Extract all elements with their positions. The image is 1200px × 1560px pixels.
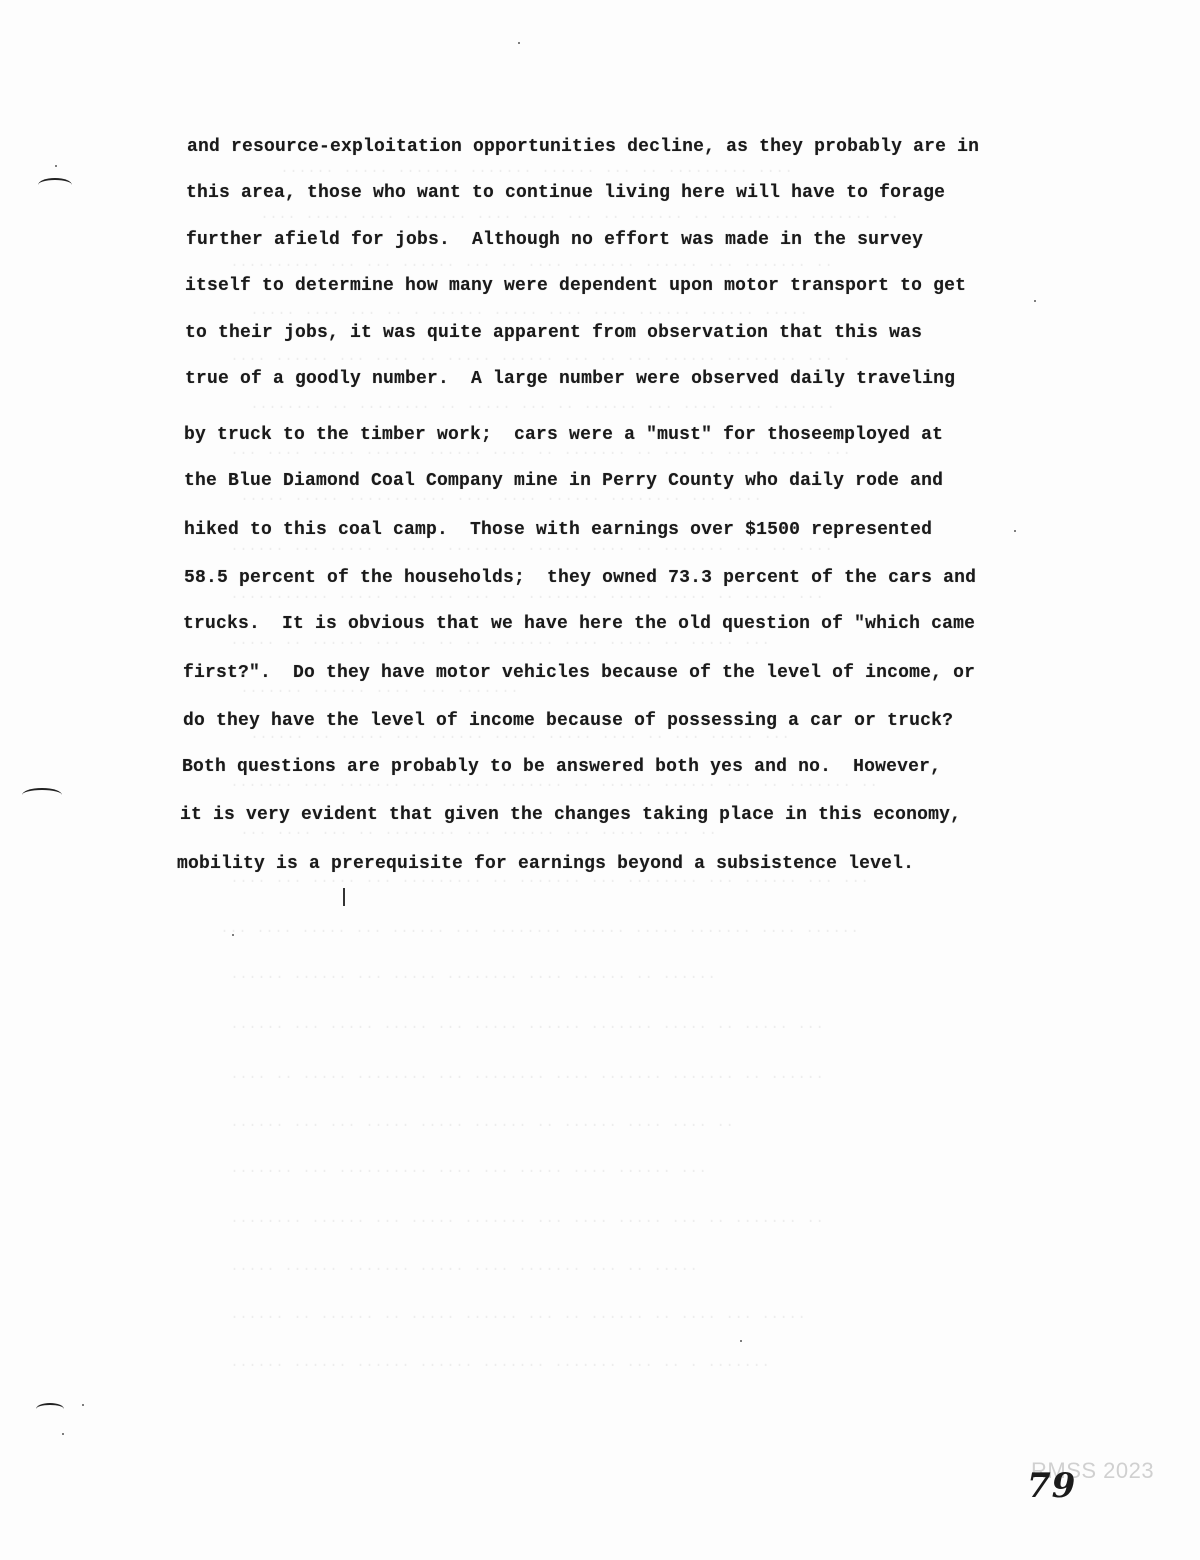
- text-line: further afield for jobs. Although no eff…: [186, 229, 923, 251]
- text-line: 58.5 percent of the households; they own…: [184, 567, 976, 589]
- text-line: it is very evident that given the change…: [180, 804, 961, 826]
- text-line: this area, those who want to continue li…: [186, 182, 945, 204]
- text-line: hiked to this coal camp. Those with earn…: [184, 519, 932, 541]
- stray-mark: [343, 888, 345, 906]
- margin-mark-icon: [22, 788, 62, 802]
- speck: [1034, 300, 1036, 302]
- margin-mark-icon: [36, 1403, 64, 1415]
- speck: [62, 1433, 64, 1435]
- text-line: and resource-exploitation opportunities …: [187, 136, 979, 158]
- text-line: by truck to the timber work; cars were a…: [184, 424, 943, 446]
- text-line: Both questions are probably to be answer…: [182, 756, 941, 778]
- margin-mark-icon: [38, 178, 72, 192]
- text-line: trucks. It is obvious that we have here …: [183, 613, 975, 635]
- speck: [1014, 530, 1016, 532]
- text-line: true of a goodly number. A large number …: [185, 368, 955, 390]
- speck: [82, 1404, 84, 1406]
- text-line: mobility is a prerequisite for earnings …: [177, 853, 914, 875]
- speck: [740, 1340, 742, 1342]
- text-line: the Blue Diamond Coal Company mine in Pe…: [184, 470, 943, 492]
- body-paragraph: and resource-exploitation opportunities …: [0, 0, 1200, 900]
- speck: [55, 165, 57, 167]
- document-page: .... ......... .. ... ...... ....... ...…: [0, 0, 1200, 1560]
- text-line: to their jobs, it was quite apparent fro…: [185, 322, 922, 344]
- text-line: first?". Do they have motor vehicles bec…: [183, 662, 975, 684]
- speck: [518, 42, 520, 44]
- speck: [232, 934, 234, 936]
- page-number: 79: [1027, 1466, 1076, 1506]
- text-line: do they have the level of income because…: [183, 710, 953, 732]
- text-line: itself to determine how many were depend…: [185, 275, 966, 297]
